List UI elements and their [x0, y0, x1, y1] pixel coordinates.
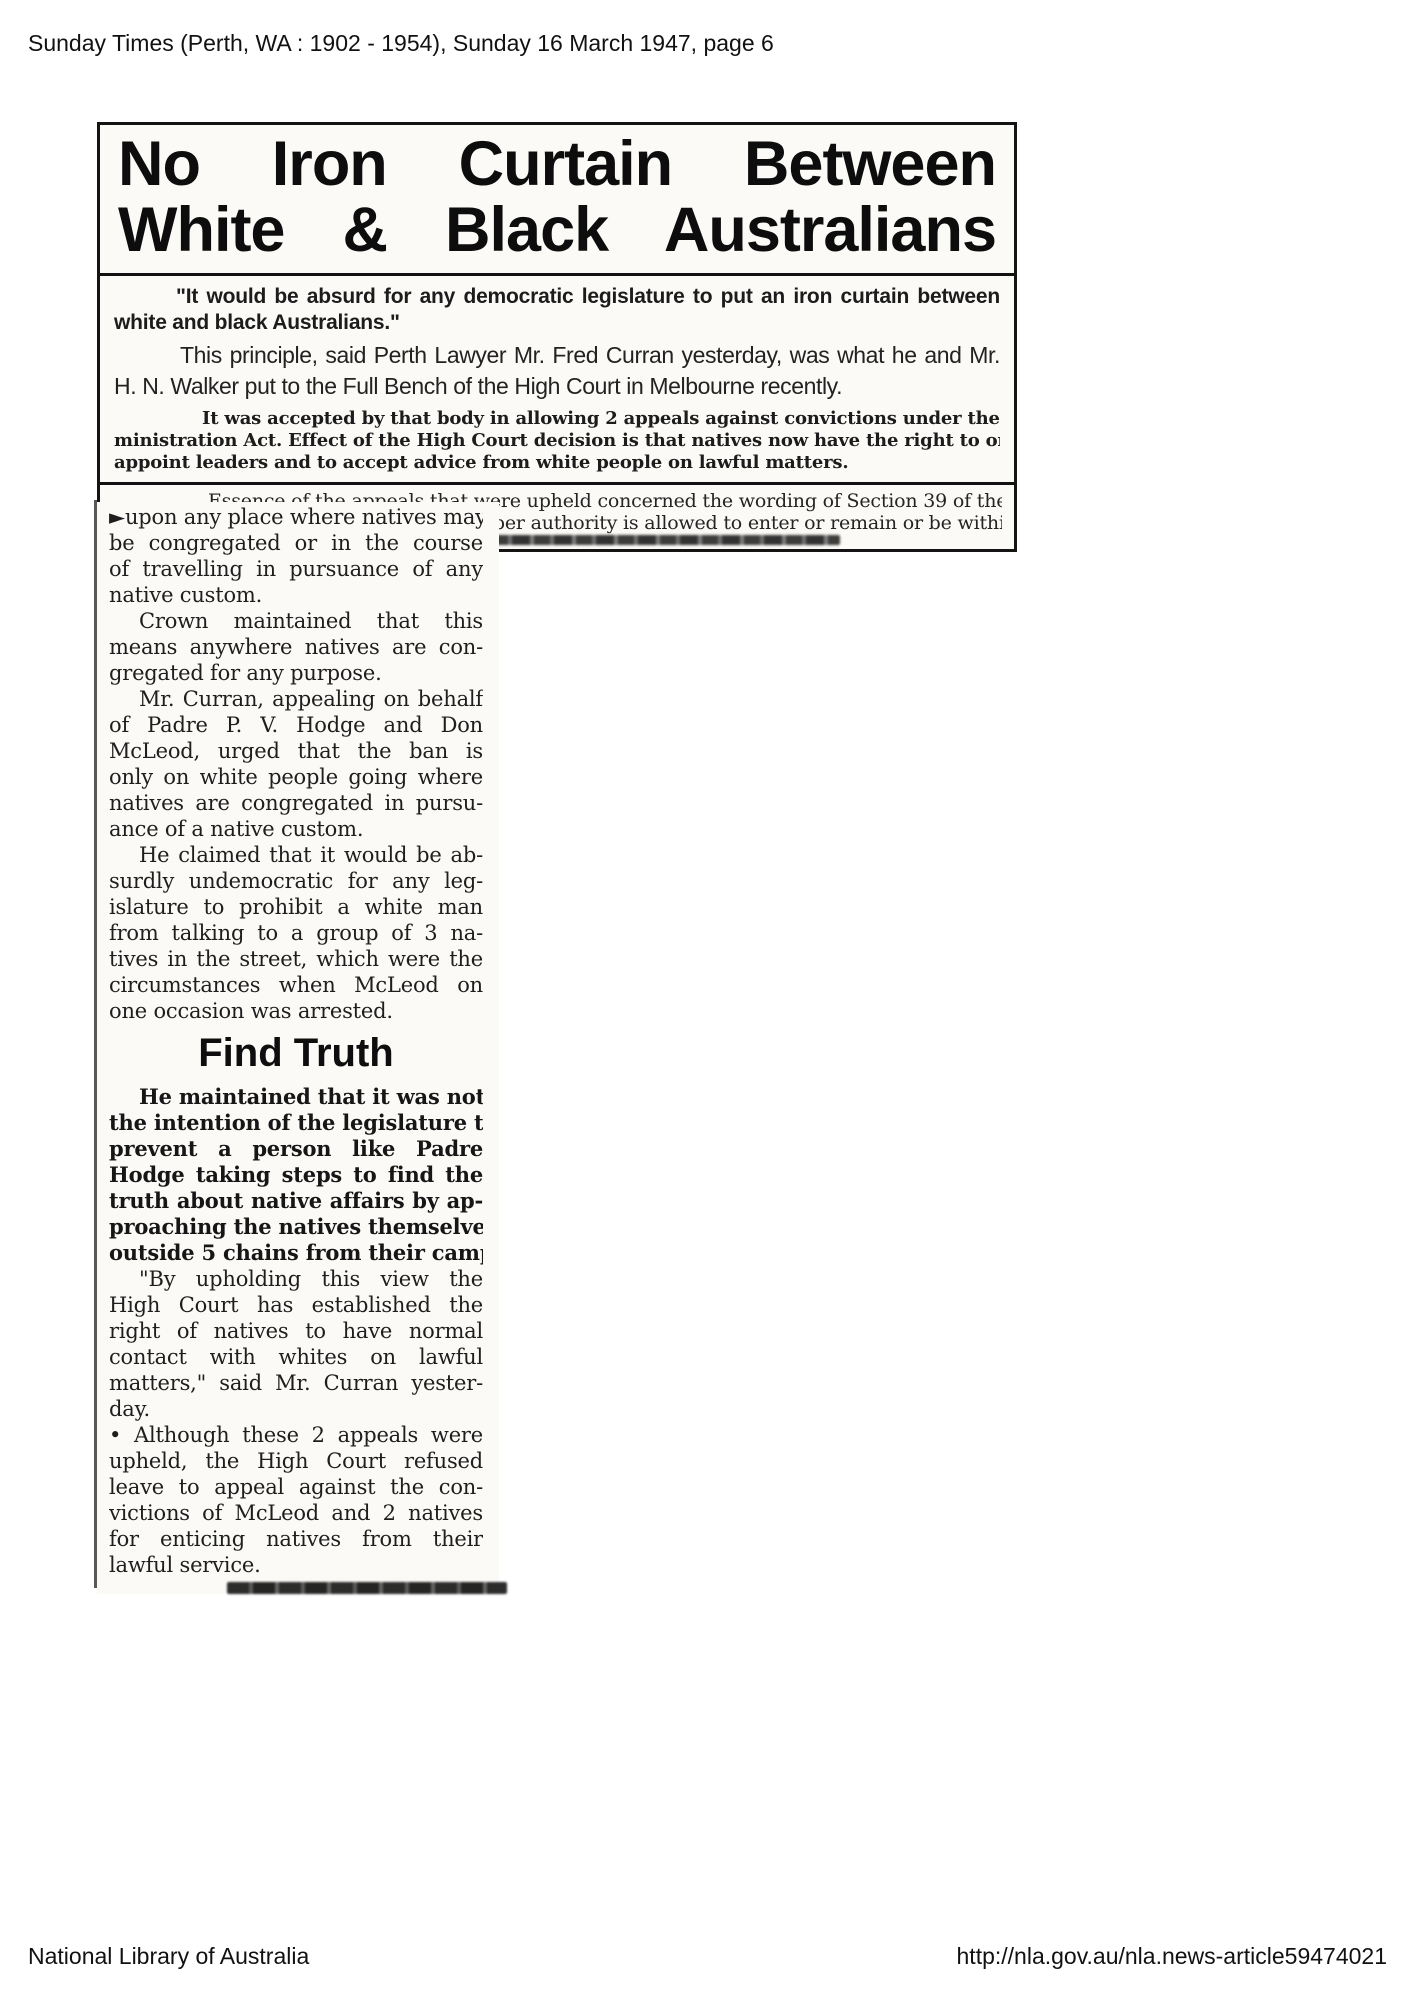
column-paragraph-7: • Although these 2 appeals wereupheld, t… — [109, 1422, 483, 1578]
clipping-bottom-smudge — [227, 1582, 507, 1594]
lead-regular-paragraph: This principle, said Perth Lawyer Mr. Fr… — [114, 340, 1000, 402]
column-paragraph-6: "By upholding this view theHigh Court ha… — [109, 1266, 483, 1422]
column-paragraph-5: He maintained that it was notthe intenti… — [109, 1084, 483, 1266]
headline-section: No Iron Curtain Between White & Black Au… — [100, 125, 1014, 273]
article-clipping-box: No Iron Curtain Between White & Black Au… — [97, 122, 1017, 552]
article-column: ►upon any place where natives maybe cong… — [97, 502, 499, 1594]
subheading-find-truth: Find Truth — [109, 1030, 483, 1076]
footer-article-url: http://nla.gov.au/nla.news-article594740… — [957, 1943, 1387, 1970]
column-paragraph-1: ►upon any place where natives maybe cong… — [109, 504, 483, 608]
column-paragraph-2: Crown maintained that thismeans anywhere… — [109, 608, 483, 686]
lead-bold-paragraph: "It would be absurd for any democratic l… — [114, 284, 1000, 336]
column-paragraph-4: He claimed that it would be ab-surdly un… — [109, 842, 483, 1024]
column-paragraph-3: Mr. Curran, appealing on behalfof Padre … — [109, 686, 483, 842]
headline-line-2: White & Black Australians — [118, 197, 996, 263]
headline-line-1: No Iron Curtain Between — [118, 131, 996, 197]
lead-section: "It would be absurd for any democratic l… — [100, 273, 1014, 482]
lead-small-bold-paragraph: It was accepted by that body in allowing… — [114, 408, 1000, 474]
footer-library-name: National Library of Australia — [28, 1943, 309, 1970]
page-header: Sunday Times (Perth, WA : 1902 - 1954), … — [28, 30, 774, 57]
